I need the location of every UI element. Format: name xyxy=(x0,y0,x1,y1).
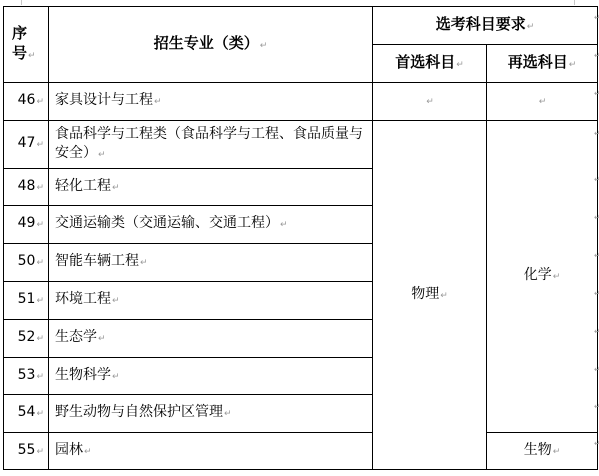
paragraph-mark-icon: ↵ xyxy=(36,140,44,150)
paragraph-mark-icon: ↵ xyxy=(98,150,106,160)
row-number: 52↵ xyxy=(4,320,49,358)
major-name: 生态学↵ xyxy=(49,320,373,358)
second-subject-cell: 生物↵ xyxy=(487,433,598,470)
row-number: 50↵ xyxy=(4,244,49,282)
row-end-mark-icon: ↵ xyxy=(594,130,599,138)
page-margin-guide xyxy=(21,0,22,5)
row-number: 49↵ xyxy=(4,206,49,244)
paragraph-mark-icon: ↵ xyxy=(112,296,120,306)
table-row: 46↵ 家具设计与工程↵ ↵ ↵ xyxy=(4,83,598,121)
header-requirement: 选考科目要求↵ xyxy=(373,7,598,45)
row-end-mark-icon: ↵ xyxy=(594,52,599,60)
major-name: 家具设计与工程↵ xyxy=(49,83,373,121)
paragraph-mark-icon: ↵ xyxy=(260,41,268,51)
row-end-mark-icon: ↵ xyxy=(594,440,599,448)
paragraph-mark-icon: ↵ xyxy=(36,97,44,107)
paragraph-mark-icon: ↵ xyxy=(36,220,44,230)
header-first-subject-label: 首选科目 xyxy=(395,53,455,71)
paragraph-mark-icon: ↵ xyxy=(224,409,232,419)
major-name: 智能车辆工程↵ xyxy=(49,244,373,282)
header-major: 招生专业（类）↵ xyxy=(49,7,373,83)
paragraph-mark-icon: ↵ xyxy=(36,409,44,419)
major-name: 交通运输类（交通运输、交通工程）↵ xyxy=(49,206,373,244)
major-name: 野生动物与自然保护区管理↵ xyxy=(49,395,373,433)
header-first-subject: 首选科目↵ xyxy=(373,45,487,83)
row-number: 53↵ xyxy=(4,358,49,395)
paragraph-mark-icon: ↵ xyxy=(84,447,92,457)
paragraph-mark-icon: ↵ xyxy=(539,97,547,107)
first-subject-cell: ↵ xyxy=(373,83,487,121)
row-end-mark-icon: ↵ xyxy=(594,403,599,411)
table-row: 47↵ 食品科学与工程类（食品科学与工程、食品质量与安全）↵ 物理↵ 化学↵ xyxy=(4,121,598,169)
row-number: 55↵ xyxy=(4,433,49,470)
row-number: 48↵ xyxy=(4,169,49,206)
paragraph-mark-icon: ↵ xyxy=(36,258,44,268)
major-name: 生物科学↵ xyxy=(49,358,373,395)
paragraph-mark-icon: ↵ xyxy=(569,60,577,70)
paragraph-mark-icon: ↵ xyxy=(553,447,561,457)
major-name: 食品科学与工程类（食品科学与工程、食品质量与安全）↵ xyxy=(49,121,373,169)
paragraph-mark-icon: ↵ xyxy=(280,220,288,230)
paragraph-mark-icon: ↵ xyxy=(426,97,434,107)
paragraph-mark-icon: ↵ xyxy=(28,51,36,61)
major-name: 园林↵ xyxy=(49,433,373,470)
paragraph-mark-icon: ↵ xyxy=(36,447,44,457)
first-subject-merged-cell: 物理↵ xyxy=(373,121,487,470)
row-number: 54↵ xyxy=(4,395,49,433)
second-subject-cell: ↵ xyxy=(487,83,598,121)
row-number: 51↵ xyxy=(4,282,49,320)
header-seq: 序 号↵ xyxy=(4,7,49,83)
paragraph-mark-icon: ↵ xyxy=(36,296,44,306)
paragraph-mark-icon: ↵ xyxy=(112,183,120,193)
paragraph-mark-icon: ↵ xyxy=(36,334,44,344)
paragraph-mark-icon: ↵ xyxy=(98,334,106,344)
header-second-subject: 再选科目↵ xyxy=(487,45,598,83)
paragraph-mark-icon: ↵ xyxy=(112,372,120,382)
paragraph-mark-icon: ↵ xyxy=(36,372,44,382)
row-end-mark-icon: ↵ xyxy=(594,176,599,184)
header-seq-line2: 号 xyxy=(12,44,27,62)
paragraph-mark-icon: ↵ xyxy=(553,272,561,282)
paragraph-mark-icon: ↵ xyxy=(140,258,148,268)
table-row: 55↵ 园林↵ 生物↵ xyxy=(4,433,598,470)
second-subject-merged-cell: 化学↵ xyxy=(487,121,598,433)
page-margin-guide xyxy=(574,0,575,5)
row-end-mark-icon: ↵ xyxy=(594,252,599,260)
row-number: 46↵ xyxy=(4,83,49,121)
header-seq-line1: 序 xyxy=(12,24,27,42)
row-end-mark-icon: ↵ xyxy=(594,290,599,298)
header-major-label: 招生专业（类） xyxy=(154,34,259,52)
paragraph-mark-icon: ↵ xyxy=(36,183,44,193)
paragraph-mark-icon: ↵ xyxy=(440,291,448,301)
row-number: 47↵ xyxy=(4,121,49,169)
row-end-mark-icon: ↵ xyxy=(594,214,599,222)
header-requirement-label: 选考科目要求 xyxy=(436,15,526,33)
row-end-mark-icon: ↵ xyxy=(594,366,599,374)
paragraph-mark-icon: ↵ xyxy=(456,60,464,70)
row-end-mark-icon: ↵ xyxy=(594,90,599,98)
subject-requirement-table: 序 号↵ 招生专业（类）↵ 选考科目要求↵ 首选科目↵ 再选科目↵ 46↵ 家具… xyxy=(3,6,598,470)
paragraph-mark-icon: ↵ xyxy=(154,97,162,107)
row-end-marks: ↵ ↵ ↵ ↵ ↵ ↵ ↵ ↵ ↵ ↵ ↵ ↵ xyxy=(594,0,599,476)
major-name: 轻化工程↵ xyxy=(49,169,373,206)
row-end-mark-icon: ↵ xyxy=(594,14,599,22)
paragraph-mark-icon: ↵ xyxy=(527,22,535,32)
row-end-mark-icon: ↵ xyxy=(594,328,599,336)
header-second-subject-label: 再选科目 xyxy=(508,53,568,71)
major-name: 环境工程↵ xyxy=(49,282,373,320)
